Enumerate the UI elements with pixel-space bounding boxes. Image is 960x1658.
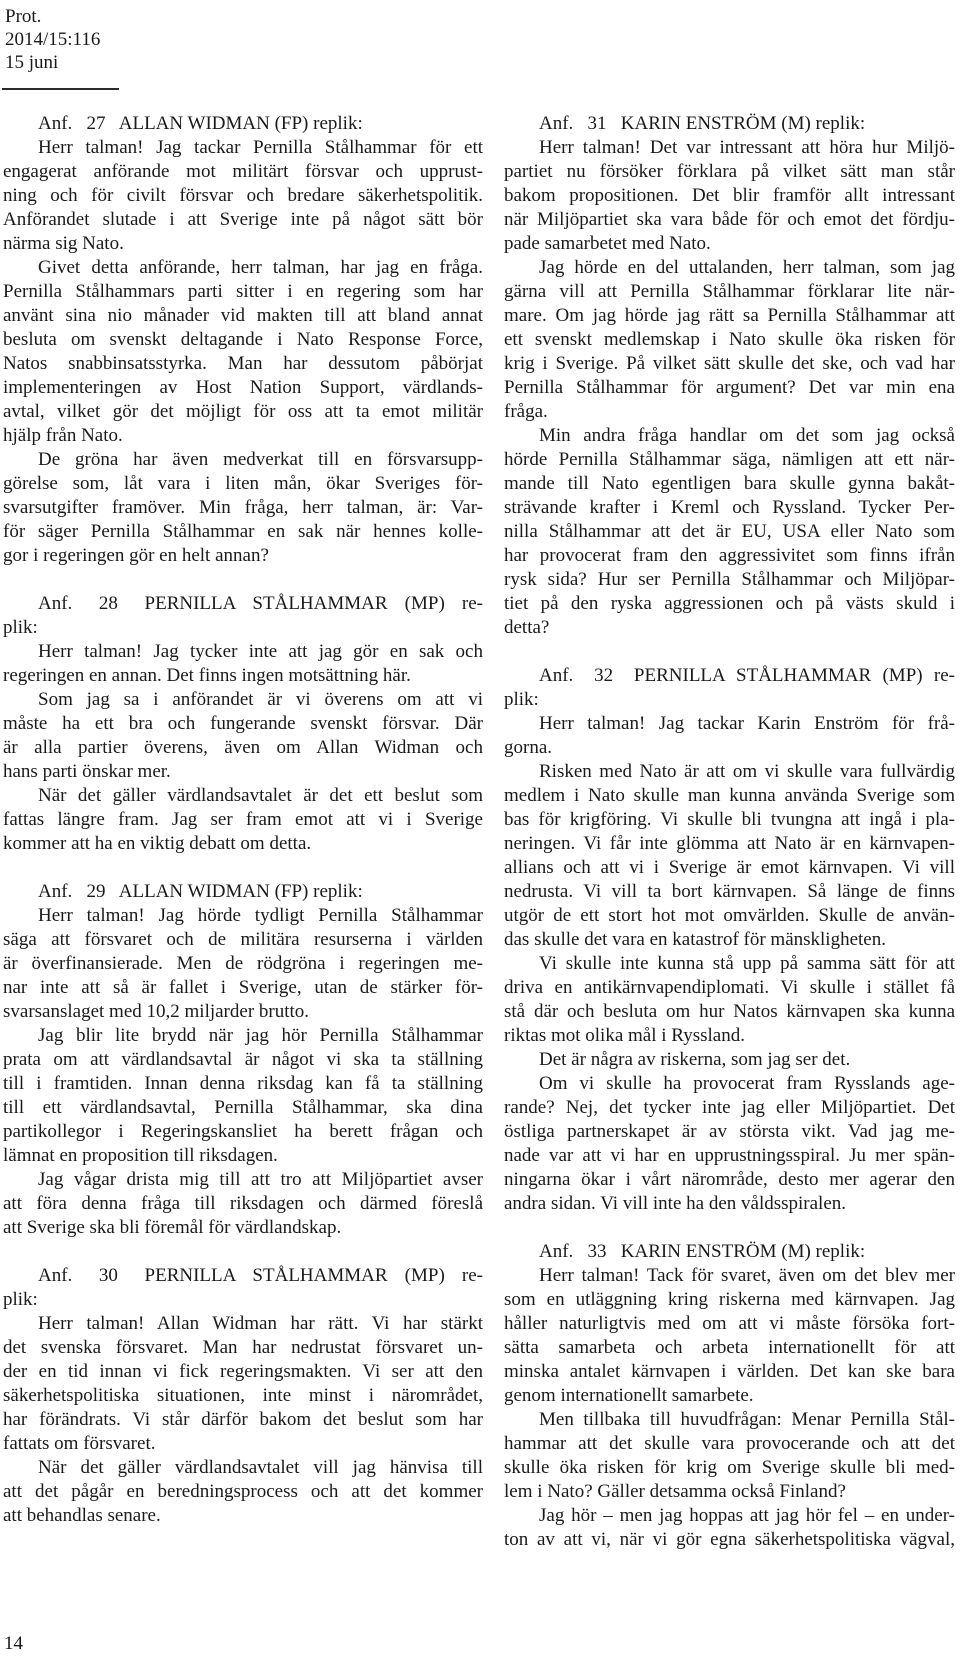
text-line: att det pågår en beredningsprocess och a…: [3, 1480, 483, 1504]
text-line: das skulle det vara en katastrof för män…: [504, 928, 955, 952]
text-line: gor i regeringen gör en helt annan?: [3, 544, 483, 568]
text-line: gorna.: [504, 736, 955, 760]
text-line: det svenska försvaret. Man har nedrustat…: [3, 1336, 483, 1360]
text-line: Anf. 29 ALLAN WIDMAN (FP) replik:: [3, 880, 483, 904]
text-line: rande? Nej, det tycker inte jag eller Mi…: [504, 1096, 955, 1120]
text-line: lem i Nato? Gäller detsamma också Finlan…: [504, 1480, 955, 1504]
text-line: Risken med Nato är att om vi skulle vara…: [504, 760, 955, 784]
text-line: implementeringen av Host Nation Support,…: [3, 376, 483, 400]
text-line: minska antalet kärnvapen i världen. Det …: [504, 1360, 955, 1384]
text-line: hjälp från Nato.: [3, 424, 483, 448]
text-line: krig i Sverige. På vilket sätt skulle de…: [504, 352, 955, 376]
text-line: måste ha ett bra och fungerande svenskt …: [3, 712, 483, 736]
text-line: besluta om svenskt deltagande i Nato Res…: [3, 328, 483, 352]
text-line: medlem i Nato skulle man kunna använda S…: [504, 784, 955, 808]
text-line: ningarna ökar i vårt närområde, desto me…: [504, 1168, 955, 1192]
speech-anf-28: Anf. 28 PERNILLA STÅLHAMMAR (MP) re-plik…: [3, 592, 483, 856]
paragraph: Herr talman! Tack för svaret, även om de…: [504, 1264, 955, 1408]
paragraph: Men tillbaka till huvudfrågan: Menar Per…: [504, 1408, 955, 1504]
text-line: Anf. 33 KARIN ENSTRÖM (M) replik:: [504, 1240, 955, 1264]
text-line: Det är några av riskerna, som jag ser de…: [504, 1048, 955, 1072]
text-line: allians och att vi i Sverige är emot kär…: [504, 856, 955, 880]
text-line: fattas längre fram. Jag ser fram emot at…: [3, 808, 483, 832]
speech-anf-32: Anf. 32 PERNILLA STÅLHAMMAR (MP) re-plik…: [504, 664, 955, 1216]
paragraph: Vi skulle inte kunna stå upp på samma sä…: [504, 952, 955, 1048]
text-line: prata om att värdlandsavtal är något vi …: [3, 1048, 483, 1072]
text-line: ton av att vi, när vi gör egna säkerhets…: [504, 1528, 955, 1552]
text-line: ett svenskt medlemskap i Nato skulle öka…: [504, 328, 955, 352]
speech-heading: Anf. 28 PERNILLA STÅLHAMMAR (MP) re-plik…: [3, 592, 483, 640]
text-line: avtal, vilket gör det möjligt för oss at…: [3, 400, 483, 424]
text-line: lämnat en proposition till riksdagen.: [3, 1144, 483, 1168]
text-line: Herr talman! Allan Widman har rätt. Vi h…: [3, 1312, 483, 1336]
paragraph: De gröna har även medverkat till en förs…: [3, 448, 483, 568]
speech-anf-33: Anf. 33 KARIN ENSTRÖM (M) replik:Herr ta…: [504, 1240, 955, 1552]
text-line: Natos snabbinsatsstyrka. Man har dessuto…: [3, 352, 483, 376]
paragraph: Jag vågar drista mig till att tro att Mi…: [3, 1168, 483, 1240]
protocol-date: 15 juni: [5, 51, 100, 74]
text-line: riktas mot olika mål i Ryssland.: [504, 1024, 955, 1048]
page-header: Prot. 2014/15:116 15 juni: [5, 5, 100, 74]
text-line: Pernilla Stålhammar för argument? Det va…: [504, 376, 955, 400]
text-line: att behandlas senare.: [3, 1504, 483, 1528]
text-line: att föra denna fråga till riksdagen och …: [3, 1192, 483, 1216]
text-line: nedrusta. Vi vill ta bort kärnvapen. Så …: [504, 880, 955, 904]
text-line: neringen. Vi får inte glömma att Nato är…: [504, 832, 955, 856]
speech-anf-29: Anf. 29 ALLAN WIDMAN (FP) replik:Herr ta…: [3, 880, 483, 1240]
paragraph: Herr talman! Jag tackar Pernilla Stålham…: [3, 136, 483, 256]
text-line: partikollegor i Regeringskansliet ha ber…: [3, 1120, 483, 1144]
text-line: Jag hör – men jag hoppas att jag hör fel…: [504, 1504, 955, 1528]
text-line: mande till Nato egentligen bara skulle g…: [504, 472, 955, 496]
text-line: strävande krafter i Kreml och Ryssland. …: [504, 496, 955, 520]
text-line: hammar att det skulle vara provocerande …: [504, 1432, 955, 1456]
text-line: säga att försvaret och de militära resur…: [3, 928, 483, 952]
paragraph: Herr talman! Jag tycker inte att jag gör…: [3, 640, 483, 688]
text-line: kommer att ha en viktig debatt om detta.: [3, 832, 483, 856]
text-line: skulle öka risken för krig om Sverige sk…: [504, 1456, 955, 1480]
text-line: hans parti önskar mer.: [3, 760, 483, 784]
text-line: engagerat anförande mot militärt försvar…: [3, 160, 483, 184]
text-line: mare. Om jag hörde jag rätt sa Pernilla …: [504, 304, 955, 328]
text-line: svarsutgifter framöver. Min fråga, herr …: [3, 496, 483, 520]
text-line: rysk sida? Hur ser Pernilla Stålhammar o…: [504, 568, 955, 592]
text-line: Om vi skulle ha provocerat fram Ryssland…: [504, 1072, 955, 1096]
paragraph: När det gäller värdlandsavtalet är det e…: [3, 784, 483, 856]
text-line: utgör de ett stort hot mot omvärlden. Sk…: [504, 904, 955, 928]
text-line: till ett värdlandsavtal, Pernilla Stålha…: [3, 1096, 483, 1120]
text-line: Herr talman! Jag hörde tydligt Pernilla …: [3, 904, 483, 928]
text-line: att Sverige ska bli föremål för värdland…: [3, 1216, 483, 1240]
text-line: östliga partnerskapet är av största vikt…: [504, 1120, 955, 1144]
paragraph: Herr talman! Det var intressant att höra…: [504, 136, 955, 256]
speech-heading: Anf. 29 ALLAN WIDMAN (FP) replik:: [3, 880, 483, 904]
speech-heading: Anf. 30 PERNILLA STÅLHAMMAR (MP) re-plik…: [3, 1264, 483, 1312]
header-rule: [2, 88, 119, 90]
text-line: svarsanslaget med 10,2 miljarder brutto.: [3, 1000, 483, 1024]
paragraph: Jag blir lite brydd när jag hör Pernilla…: [3, 1024, 483, 1168]
text-line: Anf. 30 PERNILLA STÅLHAMMAR (MP) re-: [3, 1264, 483, 1288]
text-line: andra sidan. Vi vill inte ha den våldssp…: [504, 1192, 955, 1216]
text-columns: Anf. 27 ALLAN WIDMAN (FP) replik:Herr ta…: [3, 112, 955, 1552]
text-line: närma sig Nato.: [3, 232, 483, 256]
text-line: Herr talman! Det var intressant att höra…: [504, 136, 955, 160]
text-line: säkerhetspolitiska situationen, inte min…: [3, 1384, 483, 1408]
page-number: 14: [4, 1633, 23, 1655]
text-line: genom internationellt samarbete.: [504, 1384, 955, 1408]
page: { "header": { "line1": "Prot.", "line2":…: [0, 0, 960, 1658]
text-line: när Miljöpartiet ska vara både för och e…: [504, 208, 955, 232]
text-line: som en utläggning kring riskerna med kär…: [504, 1288, 955, 1312]
text-line: stå där och besluta om hur Natos kärnvap…: [504, 1000, 955, 1024]
text-line: Anf. 27 ALLAN WIDMAN (FP) replik:: [3, 112, 483, 136]
paragraph: Det är några av riskerna, som jag ser de…: [504, 1048, 955, 1072]
text-line: Men tillbaka till huvudfrågan: Menar Per…: [504, 1408, 955, 1432]
text-line: använt sina nio månader vid makten till …: [3, 304, 483, 328]
paragraph: Herr talman! Jag tackar Karin Enström fö…: [504, 712, 955, 760]
speech-heading: Anf. 32 PERNILLA STÅLHAMMAR (MP) re-plik…: [504, 664, 955, 712]
text-line: regeringen en annan. Det finns ingen mot…: [3, 664, 483, 688]
text-line: Herr talman! Tack för svaret, även om de…: [504, 1264, 955, 1288]
text-line: driva en antikärnvapendiplomati. Vi skul…: [504, 976, 955, 1000]
text-line: fråga.: [504, 400, 955, 424]
text-line: De gröna har även medverkat till en förs…: [3, 448, 483, 472]
text-line: Herr talman! Jag tycker inte att jag gör…: [3, 640, 483, 664]
text-line: pade samarbetet med Nato.: [504, 232, 955, 256]
text-line: Vi skulle inte kunna stå upp på samma sä…: [504, 952, 955, 976]
text-line: Anförandet slutade i att Sverige inte på…: [3, 208, 483, 232]
text-line: Som jag sa i anförandet är vi överens om…: [3, 688, 483, 712]
text-line: Anf. 31 KARIN ENSTRÖM (M) replik:: [504, 112, 955, 136]
speech-anf-31: Anf. 31 KARIN ENSTRÖM (M) replik:Herr ta…: [504, 112, 955, 640]
text-line: är överfinansierade. Men de rödgröna i r…: [3, 952, 483, 976]
text-line: har förändrats. Vi står därför bakom det…: [3, 1408, 483, 1432]
text-line: der en tid innan vi fick regeringsmakten…: [3, 1360, 483, 1384]
text-line: gärna vill att Pernilla Stålhammar förkl…: [504, 280, 955, 304]
paragraph: Jag hörde en del uttalanden, herr talman…: [504, 256, 955, 424]
paragraph: Herr talman! Jag hörde tydligt Pernilla …: [3, 904, 483, 1024]
text-line: plik:: [504, 688, 955, 712]
text-line: partiet nu försöker förklara på vilket s…: [504, 160, 955, 184]
text-line: görelse som, låt vara i liten mån, ökar …: [3, 472, 483, 496]
text-line: tiet på den ryska aggressionen och på vä…: [504, 592, 955, 616]
text-line: Jag blir lite brydd när jag hör Pernilla…: [3, 1024, 483, 1048]
speech-anf-30: Anf. 30 PERNILLA STÅLHAMMAR (MP) re-plik…: [3, 1264, 483, 1528]
text-line: är alla partier överens, även om Allan W…: [3, 736, 483, 760]
speech-heading: Anf. 27 ALLAN WIDMAN (FP) replik:: [3, 112, 483, 136]
text-line: Jag vågar drista mig till att tro att Mi…: [3, 1168, 483, 1192]
text-line: När det gäller värdlandsavtalet är det e…: [3, 784, 483, 808]
paragraph: Givet detta anförande, herr talman, har …: [3, 256, 483, 448]
text-line: När det gäller värdlandsavtalet vill jag…: [3, 1456, 483, 1480]
text-line: Givet detta anförande, herr talman, har …: [3, 256, 483, 280]
text-line: till i framtiden. Innan denna riksdag ka…: [3, 1072, 483, 1096]
text-line: hörde Pernilla Stålhammar säga, nämligen…: [504, 448, 955, 472]
text-line: Min andra fråga handlar om det som jag o…: [504, 424, 955, 448]
text-line: Herr talman! Jag tackar Karin Enström fö…: [504, 712, 955, 736]
text-line: nade var att vi har en upprustningsspira…: [504, 1144, 955, 1168]
speech-anf-27: Anf. 27 ALLAN WIDMAN (FP) replik:Herr ta…: [3, 112, 483, 568]
text-line: bas för krigföring. Vi skulle bli tvungn…: [504, 808, 955, 832]
left-column: Anf. 27 ALLAN WIDMAN (FP) replik:Herr ta…: [3, 112, 483, 1552]
text-line: Anf. 28 PERNILLA STÅLHAMMAR (MP) re-: [3, 592, 483, 616]
text-line: Anf. 32 PERNILLA STÅLHAMMAR (MP) re-: [504, 664, 955, 688]
paragraph: Herr talman! Allan Widman har rätt. Vi h…: [3, 1312, 483, 1456]
protocol-label: Prot.: [5, 5, 100, 28]
text-line: bakom propositionen. Det blir framför al…: [504, 184, 955, 208]
text-line: detta?: [504, 616, 955, 640]
paragraph: Jag hör – men jag hoppas att jag hör fel…: [504, 1504, 955, 1552]
text-line: Herr talman! Jag tackar Pernilla Stålham…: [3, 136, 483, 160]
speech-heading: Anf. 31 KARIN ENSTRÖM (M) replik:: [504, 112, 955, 136]
text-line: Jag hörde en del uttalanden, herr talman…: [504, 256, 955, 280]
text-line: ning och för civilt försvar och bredare …: [3, 184, 483, 208]
paragraph: Min andra fråga handlar om det som jag o…: [504, 424, 955, 640]
speech-heading: Anf. 33 KARIN ENSTRÖM (M) replik:: [504, 1240, 955, 1264]
paragraph: Om vi skulle ha provocerat fram Ryssland…: [504, 1072, 955, 1216]
text-line: Pernilla Stålhammars parti sitter i en r…: [3, 280, 483, 304]
text-line: plik:: [3, 616, 483, 640]
text-line: sätta samarbeta och arbeta internationel…: [504, 1336, 955, 1360]
text-line: har provocerat fram den aggressivitet so…: [504, 544, 955, 568]
right-column: Anf. 31 KARIN ENSTRÖM (M) replik:Herr ta…: [504, 112, 955, 1552]
paragraph: När det gäller värdlandsavtalet vill jag…: [3, 1456, 483, 1528]
paragraph: Som jag sa i anförandet är vi överens om…: [3, 688, 483, 784]
protocol-number: 2014/15:116: [5, 28, 100, 51]
paragraph: Risken med Nato är att om vi skulle vara…: [504, 760, 955, 952]
text-line: håller naturligtvis med om att vi måste …: [504, 1312, 955, 1336]
text-line: plik:: [3, 1288, 483, 1312]
text-line: för säger Pernilla Stålhammar en sak när…: [3, 520, 483, 544]
text-line: nar inte att så är fallet i Sverige, uta…: [3, 976, 483, 1000]
text-line: nilla Stålhammar att det är EU, USA elle…: [504, 520, 955, 544]
text-line: fattats om försvaret.: [3, 1432, 483, 1456]
